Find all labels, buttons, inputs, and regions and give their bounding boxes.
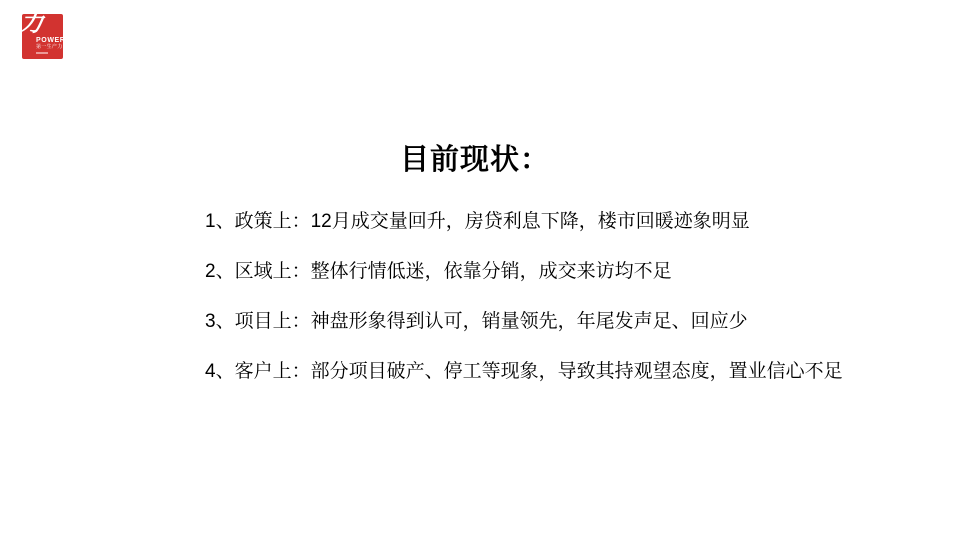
brand-tagline: 第一生产力 <box>36 45 63 50</box>
brand-logo: 力 POWER 第一生产力 <box>22 14 63 59</box>
status-item-policy: 1、政策上：12月成交量回升，房贷利息下降，楼市回暖迹象明显 <box>205 210 905 234</box>
slide-title: 目前现状： <box>0 142 950 178</box>
power-logo-icon: 力 <box>17 11 45 37</box>
brand-name: POWER <box>36 37 65 44</box>
status-item-project: 3、项目上：神盘形象得到认可，销量领先，年尾发声足、回应少 <box>205 310 905 334</box>
slide-canvas: 力 POWER 第一生产力 目前现状： 1、政策上：12月成交量回升，房贷利息下… <box>0 0 960 540</box>
status-item-region: 2、区域上：整体行情低迷，依靠分销，成交来访均不足 <box>205 260 905 284</box>
status-list: 1、政策上：12月成交量回升，房贷利息下降，楼市回暖迹象明显 2、区域上：整体行… <box>205 210 905 410</box>
brand-subline-decoration <box>36 52 48 54</box>
status-item-customer: 4、客户上：部分项目破产、停工等现象，导致其持观望态度，置业信心不足 <box>205 360 905 384</box>
